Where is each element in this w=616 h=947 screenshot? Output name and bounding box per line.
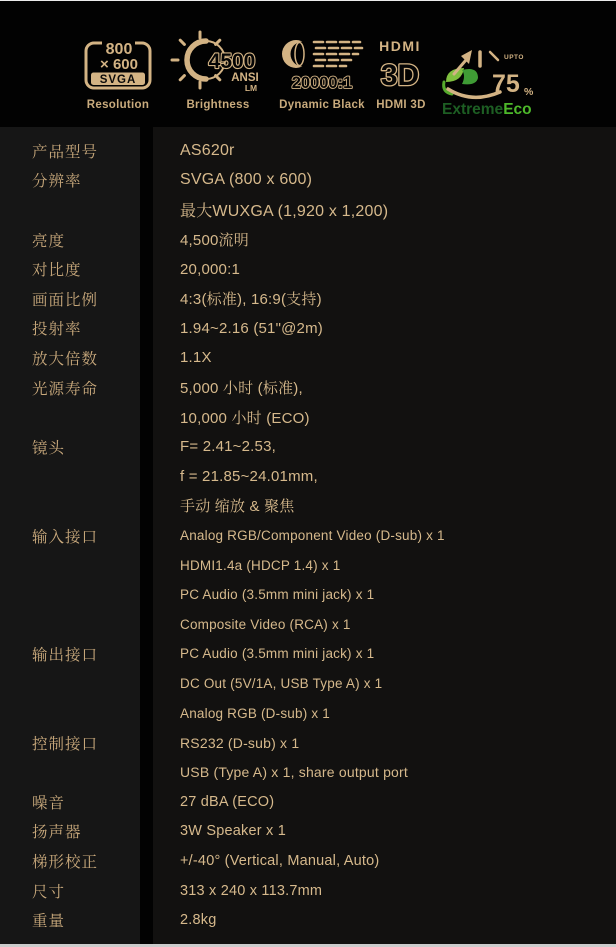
spec-row: 尺寸 313 x 240 x 113.7mm [0, 876, 616, 906]
eco-value: 75 [492, 70, 520, 98]
spec-row: f = 21.85~24.01mm, [0, 462, 616, 492]
badge-extreme-eco: UPTO 75 % ExtremeEco [428, 42, 560, 118]
spec-row: 控制接口 RS232 (D-sub) x 1 [0, 728, 616, 758]
spec-rows: 产品型号 AS620r 分辨率 SVGA (800 x 600) 最大WUXGA… [0, 136, 616, 935]
spec-row: 放大倍数 1.1X [0, 343, 616, 373]
spec-value: Analog RGB (D-sub) x 1 [153, 706, 616, 721]
spec-label: 对比度 [0, 258, 153, 280]
spec-label: 画面比例 [0, 288, 153, 310]
eco-brand-text: ExtremeEco [442, 101, 532, 118]
extreme-eco-icon: UPTO 75 % ExtremeEco [432, 42, 556, 118]
spec-label: 产品型号 [0, 140, 153, 162]
spec-value: F= 2.41~2.53, [153, 438, 616, 455]
spec-row: DC Out (5V/1A, USB Type A) x 1 [0, 669, 616, 699]
spec-label: 投射率 [0, 317, 153, 339]
spec-row: 扬声器 3W Speaker x 1 [0, 817, 616, 847]
eco-upto-text: UPTO [504, 54, 524, 61]
spec-label: 放大倍数 [0, 347, 153, 369]
spec-value: 27 dBA (ECO) [153, 794, 616, 810]
spec-row: Analog RGB (D-sub) x 1 [0, 698, 616, 728]
spec-value: 2.8kg [153, 912, 616, 928]
spec-value: SVGA (800 x 600) [153, 171, 616, 189]
spec-label: 分辨率 [0, 169, 153, 191]
spec-label: 镜头 [0, 436, 153, 458]
spec-value: HDMI1.4a (HDCP 1.4) x 1 [153, 558, 616, 573]
spec-row: 输入接口 Analog RGB/Component Video (D-sub) … [0, 521, 616, 551]
badge-label-brightness: Brightness [186, 99, 249, 111]
spec-label: 重量 [0, 909, 153, 931]
spec-row: 亮度 4,500流明 [0, 225, 616, 255]
hdmi-3d-value: 3D [381, 59, 419, 92]
spec-value: 4,500流明 [153, 229, 616, 250]
spec-value: Analog RGB/Component Video (D-sub) x 1 [153, 528, 616, 543]
resolution-tag: SVGA [100, 74, 137, 86]
badge-label-dynamic-black: Dynamic Black [279, 99, 365, 111]
spec-value: 313 x 240 x 113.7mm [153, 883, 616, 899]
spec-table: 产品型号 AS620r 分辨率 SVGA (800 x 600) 最大WUXGA… [0, 127, 616, 944]
spec-value: PC Audio (3.5mm mini jack) x 1 [153, 646, 616, 661]
spec-value: 3W Speaker x 1 [153, 823, 616, 839]
eco-percent: % [524, 86, 534, 98]
spec-row: 画面比例 4:3(标准), 16:9(支持) [0, 284, 616, 314]
spec-value: 20,000:1 [153, 261, 616, 278]
product-spec-page: 800 × 600 SVGA Resolution [0, 0, 616, 947]
spec-value: AS620r [153, 142, 616, 160]
spec-label: 亮度 [0, 229, 153, 251]
spec-label: 噪音 [0, 791, 153, 813]
feature-badge-banner: 800 × 600 SVGA Resolution [0, 1, 616, 127]
spec-value: 10,000 小时 (ECO) [153, 407, 616, 428]
spec-value: 1.1X [153, 349, 616, 366]
spec-row: 产品型号 AS620r [0, 136, 616, 166]
hdmi-brand-text: HDMI [379, 38, 421, 54]
dynamic-black-value: 20000:1 [292, 74, 353, 92]
spec-row: 重量 2.8kg [0, 905, 616, 935]
spec-value: f = 21.85~24.01mm, [153, 468, 616, 485]
spec-row: 输出接口 PC Audio (3.5mm mini jack) x 1 [0, 639, 616, 669]
spec-row: USB (Type A) x 1, share output port [0, 757, 616, 787]
spec-label: 尺寸 [0, 880, 153, 902]
spec-value: USB (Type A) x 1, share output port [153, 764, 616, 780]
spec-row: Composite Video (RCA) x 1 [0, 610, 616, 640]
spec-row: 手动 缩放 & 聚焦 [0, 491, 616, 521]
spec-label: 输出接口 [0, 643, 153, 665]
brightness-value: 4500 [209, 50, 256, 73]
spec-label: 输入接口 [0, 525, 153, 547]
spec-value: 最大WUXGA (1,920 x 1,200) [153, 198, 616, 221]
spec-value: 5,000 小时 (标准), [153, 377, 616, 398]
spec-value: +/-40° (Vertical, Manual, Auto) [153, 853, 616, 869]
spec-label: 扬声器 [0, 820, 153, 842]
spec-value: PC Audio (3.5mm mini jack) x 1 [153, 587, 616, 602]
spec-row: 投射率 1.94~2.16 (51"@2m) [0, 314, 616, 344]
spec-value: Composite Video (RCA) x 1 [153, 617, 616, 632]
badge-brightness: 4500 ANSI LM Brightness [163, 28, 273, 111]
spec-row: 梯形校正 +/-40° (Vertical, Manual, Auto) [0, 846, 616, 876]
spec-row: 10,000 小时 (ECO) [0, 402, 616, 432]
eco-brand-eco: Eco [503, 101, 531, 118]
resolution-line2: × 600 [100, 56, 138, 73]
spec-row: 最大WUXGA (1,920 x 1,200) [0, 195, 616, 225]
spec-value: 4:3(标准), 16:9(支持) [153, 288, 616, 309]
spec-row: 镜头 F= 2.41~2.53, [0, 432, 616, 462]
spec-row: 对比度 20,000:1 [0, 254, 616, 284]
spec-row: 噪音 27 dBA (ECO) [0, 787, 616, 817]
badge-label-hdmi-3d: HDMI 3D [376, 99, 425, 111]
spec-row: PC Audio (3.5mm mini jack) x 1 [0, 580, 616, 610]
badge-resolution: 800 × 600 SVGA Resolution [68, 36, 168, 111]
eco-brand-extreme: Extreme [442, 101, 504, 118]
brightness-icon: 4500 ANSI LM [166, 28, 270, 94]
spec-label: 控制接口 [0, 732, 153, 754]
spec-label: 光源寿命 [0, 377, 153, 399]
resolution-icon: 800 × 600 SVGA [82, 36, 154, 94]
spec-label: 梯形校正 [0, 850, 153, 872]
spec-value: DC Out (5V/1A, USB Type A) x 1 [153, 676, 616, 691]
badge-label-resolution: Resolution [87, 99, 149, 111]
brightness-unit2: LM [245, 83, 257, 93]
spec-value: 手动 缩放 & 聚焦 [153, 495, 616, 516]
spec-value: RS232 (D-sub) x 1 [153, 735, 616, 751]
spec-row: 光源寿命 5,000 小时 (标准), [0, 373, 616, 403]
spec-row: HDMI1.4a (HDCP 1.4) x 1 [0, 550, 616, 580]
spec-row: 分辨率 SVGA (800 x 600) [0, 166, 616, 196]
spec-value: 1.94~2.16 (51"@2m) [153, 320, 616, 337]
